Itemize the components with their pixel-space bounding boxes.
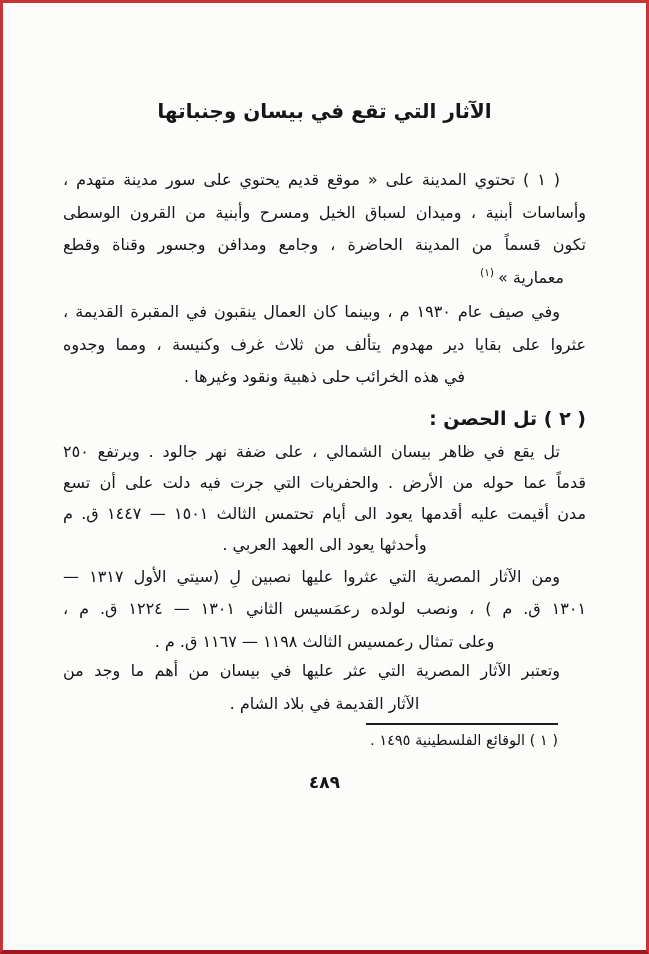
- paragraph-3: تل يقع في ظاهر بيسان الشمالي ، على ضفة ن…: [63, 436, 586, 560]
- footnote-divider-rule: [366, 723, 558, 725]
- text-line: وأساسات أبنية ، وميدان لسباق الخيل ومسرح…: [63, 197, 586, 230]
- page-number: ٤٨٩: [63, 773, 586, 793]
- text-line: في هذه الخرائب حلى ذهبية ونقود وغيرها .: [63, 361, 586, 394]
- text-line: وعلى تمثال رعمسيس الثالث ١١٩٨ — ١١٦٧ ق. …: [63, 626, 586, 659]
- text-line: مدن أقيمت عليه أقدمها يعود الى أيام تحتم…: [63, 498, 586, 529]
- scanned-book-page: الآثار التي تقع في بيسان وجنباتها ( ١ ) …: [0, 0, 649, 954]
- paragraph-1: ( ١ ) تحتوي المدينة على « موقع قديم يحتو…: [63, 164, 586, 294]
- quote-close-text: معمارية »: [498, 268, 564, 287]
- text-line: ومن الآثار المصرية التي عثروا عليها نصبي…: [63, 561, 586, 594]
- paragraph-5: وتعتبر الآثار المصرية التي عثر عليها في …: [63, 655, 586, 720]
- text-line: الآثار القديمة في بلاد الشام .: [63, 688, 586, 721]
- text-line: وتعتبر الآثار المصرية التي عثر عليها في …: [63, 655, 586, 688]
- page-content: الآثار التي تقع في بيسان وجنباتها ( ١ ) …: [63, 3, 586, 793]
- footnote-ref-marker: (١): [480, 267, 494, 279]
- text-line: وفي صيف عام ١٩٣٠ م ، وبينما كان العمال ي…: [63, 296, 586, 329]
- footnote-text: ( ١ ) الوقائع الفلسطينية ١٤٩٥ .: [63, 730, 558, 752]
- text-line: تل يقع في ظاهر بيسان الشمالي ، على ضفة ن…: [63, 436, 586, 467]
- text-line: معمارية »(١): [63, 262, 586, 295]
- text-line: تكون قسماً من المدينة الحاضرة ، وجامع وم…: [63, 229, 586, 262]
- text-line: ١٣٠١ ق. م ) ، ونصب لولده رعمَسيس الثاني …: [63, 593, 586, 626]
- text-line: ( ١ ) تحتوي المدينة على « موقع قديم يحتو…: [63, 164, 586, 197]
- paragraph-4: ومن الآثار المصرية التي عثروا عليها نصبي…: [63, 561, 586, 659]
- text-line: قدماً عما حوله من الأرض . والحفريات التي…: [63, 467, 586, 498]
- page-title: الآثار التي تقع في بيسان وجنباتها: [63, 96, 586, 126]
- text-line: وأحدثها يعود الى العهد العربي .: [63, 529, 586, 560]
- section-heading-tell-el-husn: ( ٢ ) تل الحصن :: [63, 404, 586, 434]
- paragraph-2: وفي صيف عام ١٩٣٠ م ، وبينما كان العمال ي…: [63, 296, 586, 394]
- text-line: عثروا على بقايا دير مهدوم يتألف من ثلاث …: [63, 329, 586, 362]
